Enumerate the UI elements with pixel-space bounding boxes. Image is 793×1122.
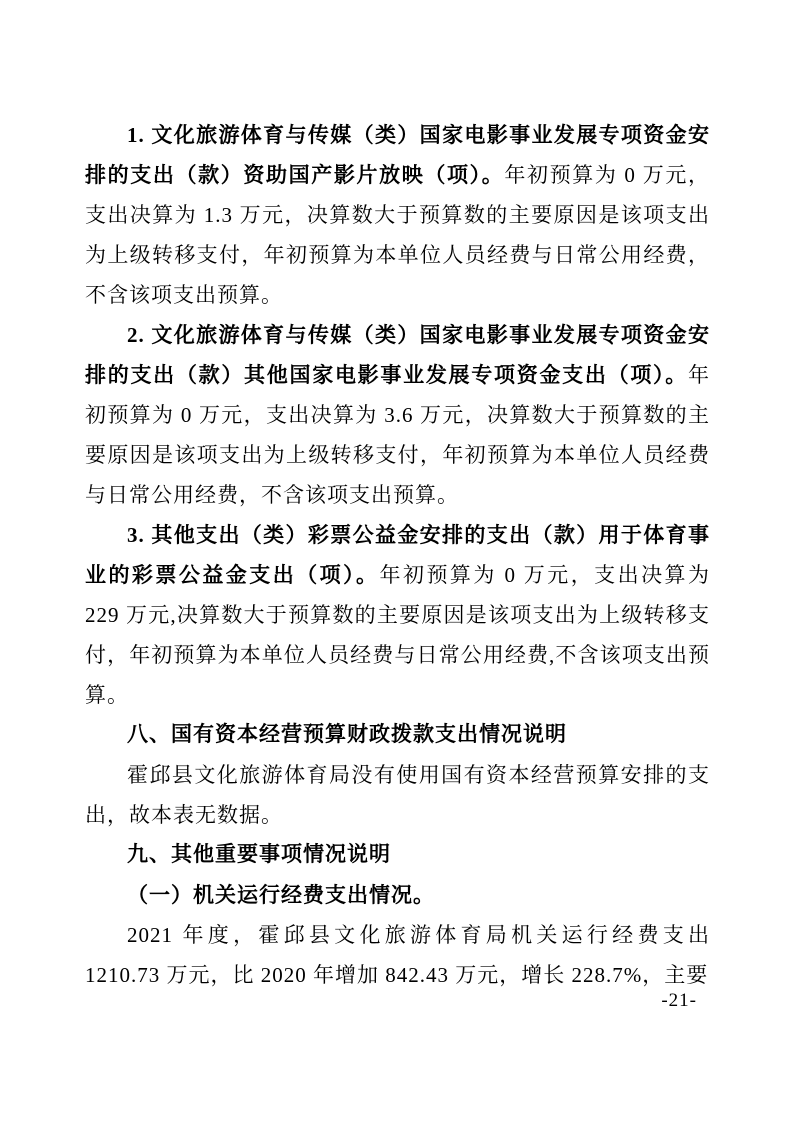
text-run-bold: （一）机关运行经费支出情况。: [127, 883, 435, 907]
page-number: -21-: [661, 990, 697, 1012]
text-run: 霍邱县文化旅游体育局没有使用国有资本经营预算安排的支出，故本表无数据。: [85, 763, 710, 827]
document-page: 1. 文化旅游体育与传媒（类）国家电影事业发展专项资金安排的支出（款）资助国产影…: [0, 0, 793, 1122]
expense-item-1-paragraph: 1. 文化旅游体育与传媒（类）国家电影事业发展专项资金安排的支出（款）资助国产影…: [85, 115, 710, 315]
text-run-bold: 2. 文化旅游体育与传媒（类）国家电影事业发展专项资金安排的支出（款）其他国家电…: [85, 323, 710, 387]
agency-operating-expense-paragraph: 2021 年度，霍邱县文化旅游体育局机关运行经费支出 1210.73 万元，比 …: [85, 915, 710, 995]
state-capital-budget-paragraph: 霍邱县文化旅游体育局没有使用国有资本经营预算安排的支出，故本表无数据。: [85, 755, 710, 835]
text-run: 2021 年度，霍邱县文化旅游体育局机关运行经费支出 1210.73 万元，比 …: [85, 923, 710, 987]
expense-item-2-paragraph: 2. 文化旅游体育与传媒（类）国家电影事业发展专项资金安排的支出（款）其他国家电…: [85, 315, 710, 515]
text-run-bold: 九、其他重要事项情况说明: [127, 843, 391, 866]
section-heading-state-capital-budget: 八、国有资本经营预算财政拨款支出情况说明: [85, 715, 710, 755]
document-body: 1. 文化旅游体育与传媒（类）国家电影事业发展专项资金安排的支出（款）资助国产影…: [85, 115, 710, 995]
section-heading-other-important-items: 九、其他重要事项情况说明: [85, 835, 710, 875]
text-run-bold: 八、国有资本经营预算财政拨款支出情况说明: [127, 723, 567, 746]
expense-item-3-paragraph: 3. 其他支出（类）彩票公益金安排的支出（款）用于体育事业的彩票公益金支出（项）…: [85, 515, 710, 715]
subsection-heading-agency-operating-expense: （一）机关运行经费支出情况。: [85, 875, 710, 915]
